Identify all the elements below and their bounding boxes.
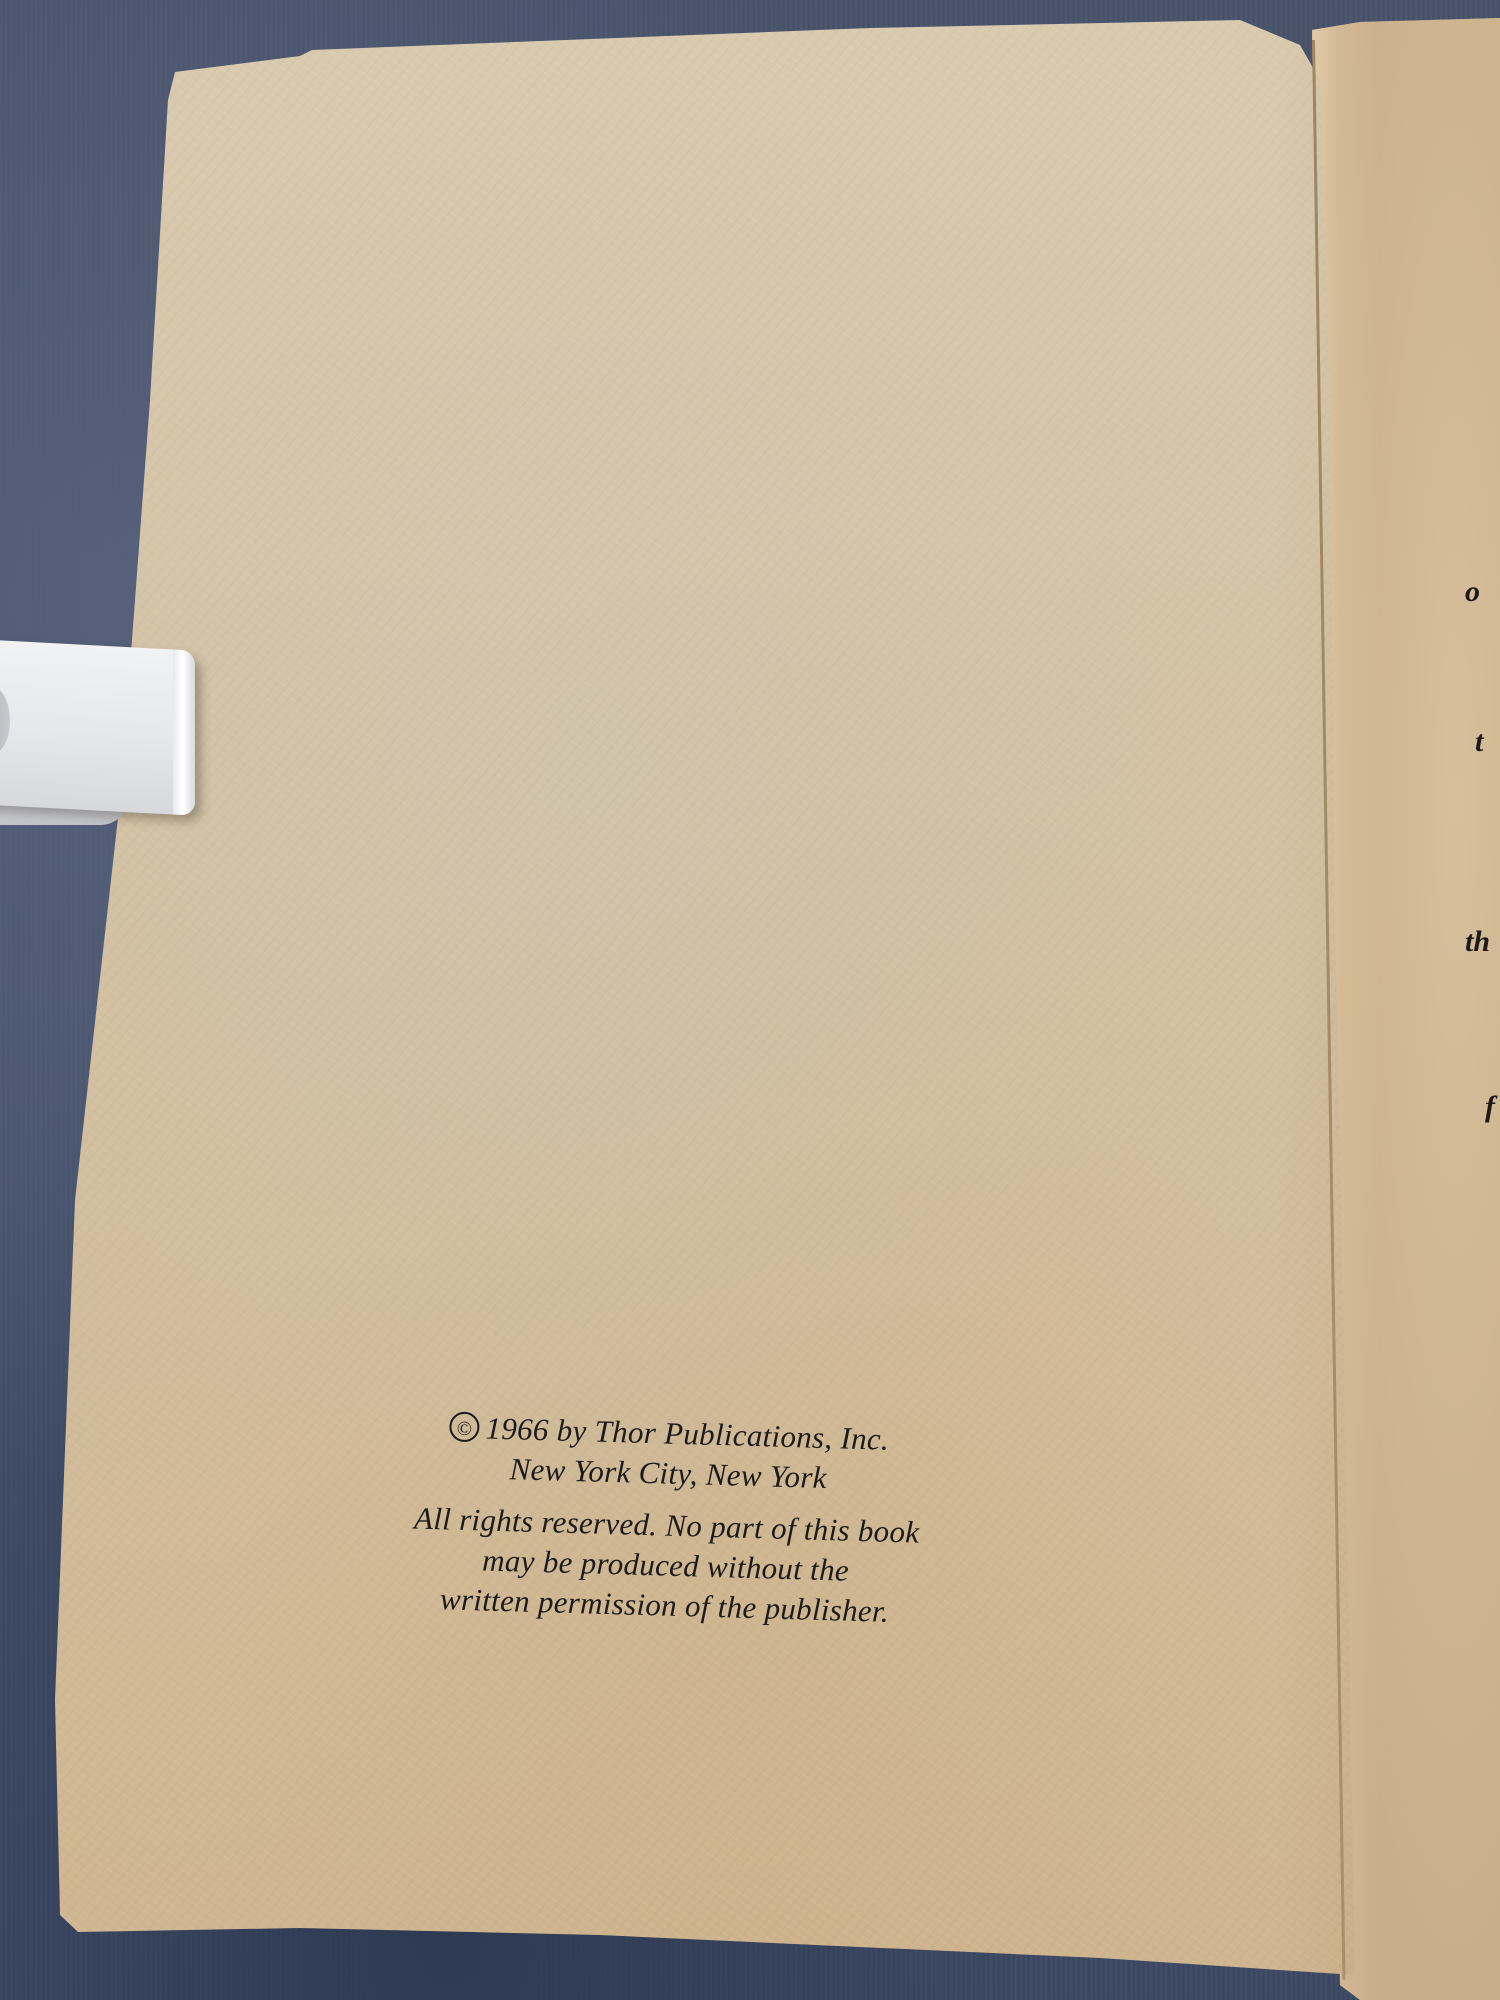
clip-lip: [173, 649, 195, 815]
bookmark-clip: [0, 620, 215, 830]
clip-hole: [0, 684, 10, 756]
clip-body: [0, 639, 195, 815]
copyright-symbol-icon: ©: [449, 1412, 480, 1443]
paper-texture: [0, 0, 1500, 2000]
facing-page-fragment: o: [1465, 575, 1480, 609]
facing-page-fragment: th: [1465, 925, 1490, 959]
facing-page-fragment: f: [1485, 1090, 1495, 1124]
photo-scene: o t th f ©1966 by Thor Publications, Inc…: [0, 0, 1500, 2000]
copyright-notice: ©1966 by Thor Publications, Inc. New Yor…: [354, 1405, 980, 1634]
facing-page-fragment: t: [1475, 725, 1483, 759]
copyright-page: ©1966 by Thor Publications, Inc. New Yor…: [0, 0, 1500, 2000]
